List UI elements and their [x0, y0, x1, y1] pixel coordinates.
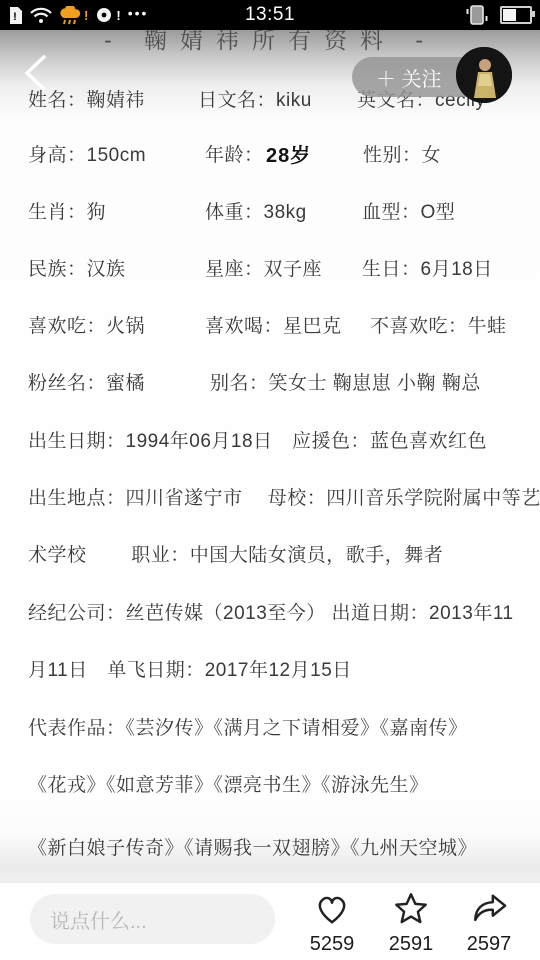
info-field: 体重：38kg — [205, 202, 307, 224]
bottom-bar: 说点什么... 5259 2591 2597 — [0, 882, 540, 960]
info-field: 年龄： — [205, 145, 264, 167]
like-button[interactable]: 5259 — [297, 883, 367, 960]
info-field: 生肖：狗 — [28, 202, 106, 224]
share-icon — [471, 891, 507, 927]
info-field: 喜欢喝：星巴克 — [205, 316, 342, 338]
status-right-icons — [464, 0, 532, 30]
info-field: 喜欢吃：火锅 — [28, 316, 145, 338]
info-field: 粉丝名：蜜橘 — [28, 373, 145, 395]
vibrate-icon — [464, 5, 490, 25]
comment-placeholder: 说点什么... — [50, 905, 147, 934]
info-field: 经纪公司：丝芭传媒（2013至今） 出道日期：2013年11 — [28, 603, 514, 625]
info-field: 性别：女 — [363, 145, 441, 167]
battery-icon — [500, 6, 532, 24]
phone-screen: - 鞠婧祎所有资料 - 姓名：鞠婧祎日文名：kiku英文名：cecily身高：1… — [0, 0, 540, 960]
info-field: 出生日期：1994年06月18日 应援色：蓝色喜欢红色 — [28, 431, 487, 453]
follow-button-label: ＋ 关注 — [376, 63, 442, 92]
avatar[interactable] — [456, 47, 512, 103]
info-field: 术学校 职业：中国大陆女演员，歌手，舞者 — [28, 545, 443, 567]
favorite-count: 2591 — [376, 934, 446, 954]
star-icon — [393, 891, 429, 927]
info-field: 生日：6月18日 — [362, 259, 493, 281]
share-button[interactable]: 2597 — [454, 883, 524, 960]
info-field: 不喜欢吃：牛蛙 — [370, 316, 507, 338]
status-time: 13:51 — [0, 0, 540, 30]
heart-icon — [314, 891, 350, 927]
like-count: 5259 — [297, 934, 367, 954]
info-field: 28岁 — [266, 145, 311, 168]
info-field: 血型：O型 — [362, 202, 455, 224]
chevron-left-icon — [19, 50, 53, 96]
status-bar: ! ! ! ••• 13:51 — [0, 0, 540, 30]
info-field: 星座：双子座 — [205, 259, 322, 281]
favorite-button[interactable]: 2591 — [376, 883, 446, 960]
info-field: 代表作品：《芸汐传》《满月之下请相爱》《嘉南传》 — [28, 718, 468, 740]
avatar-image — [456, 47, 512, 103]
info-field: 月11日 单飞日期：2017年12月15日 — [28, 660, 352, 682]
info-field: 别名：笑女士 鞠崽崽 小鞠 鞠总 — [210, 373, 481, 395]
video-surface[interactable]: - 鞠婧祎所有资料 - 姓名：鞠婧祎日文名：kiku英文名：cecily身高：1… — [0, 0, 540, 882]
info-field: 《花戎》《如意芳菲》《漂亮书生》《游泳先生》 — [28, 775, 429, 797]
info-field: 《新白娘子传奇》《请赐我一双翅膀》《九州天空城》 — [28, 838, 477, 860]
info-field: 出生地点：四川省遂宁市 母校：四川音乐学院附属中等艺 — [28, 488, 540, 510]
info-field: 身高：150cm — [28, 145, 146, 167]
info-field: 民族：汉族 — [28, 259, 126, 281]
share-count: 2597 — [454, 934, 524, 954]
back-button[interactable] — [16, 50, 56, 96]
info-field: 日文名：kiku — [198, 90, 312, 112]
comment-input[interactable]: 说点什么... — [30, 894, 275, 944]
